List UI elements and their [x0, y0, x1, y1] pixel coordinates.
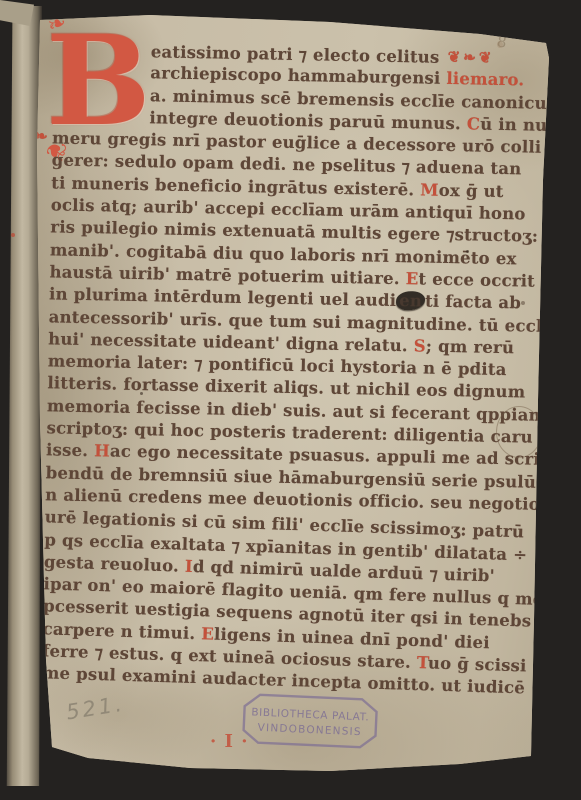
ink-speck [268, 476, 270, 478]
rubric-text: E [201, 624, 214, 643]
ink-text: ; qm rerū [426, 336, 515, 357]
stain [497, 41, 503, 48]
rubric-text: T [417, 653, 429, 672]
rubric-text: C [467, 114, 481, 133]
text-block: eatissimo patri ⁊ electo celitus ❦❧❦arch… [42, 38, 526, 694]
ink-speck [140, 392, 143, 395]
ink-text: t ecce occrit [418, 269, 535, 290]
stamp-text-line2: VINDOBONENSIS [257, 722, 362, 739]
stamp-text-line1: BIBLIOTHECA PALAT. [251, 706, 370, 723]
ink-speck [92, 522, 94, 525]
ink-text: archiepiscopo hammaburgensi [150, 64, 446, 89]
ink-text: ti facta ab [425, 292, 521, 313]
ink-text: isse. [46, 441, 94, 461]
parchment-edge-flaw [496, 406, 542, 458]
rubric-text: liemaro. [446, 69, 524, 89]
red-speck [11, 233, 15, 237]
parchment-page: ❧ B ❦ eatissimo patri ⁊ electo celitus ❦… [0, 0, 581, 800]
stamp-octagon: BIBLIOTHECA PALAT. VINDOBONENSIS [241, 692, 379, 750]
pencil-shelfmark: 521. [64, 692, 126, 725]
rubric-text: S [414, 336, 426, 355]
ink-speck [521, 301, 525, 305]
rubric-text: M [420, 180, 439, 199]
ink-text: ox ḡ ut [439, 181, 504, 201]
library-stamp: BIBLIOTHECA PALAT. VINDOBONENSIS [241, 692, 379, 754]
rubric-text: H [94, 442, 110, 461]
book-spine [6, 6, 42, 786]
rubric-text: E [406, 269, 419, 288]
ink-text: carpere n timui. [42, 619, 201, 643]
ink-speck [466, 250, 469, 253]
ink-blot: en [396, 291, 425, 311]
binding-tab [0, 0, 34, 26]
ink-text: uo ḡ scissi [428, 653, 527, 675]
rubric-text: ❦❧❦ [439, 48, 494, 67]
manuscript-photo: ❧ B ❦ eatissimo patri ⁊ electo celitus ❦… [0, 0, 581, 800]
ink-text: ū in nu [480, 114, 548, 134]
ink-text: gesta reuoluo. [44, 552, 186, 575]
